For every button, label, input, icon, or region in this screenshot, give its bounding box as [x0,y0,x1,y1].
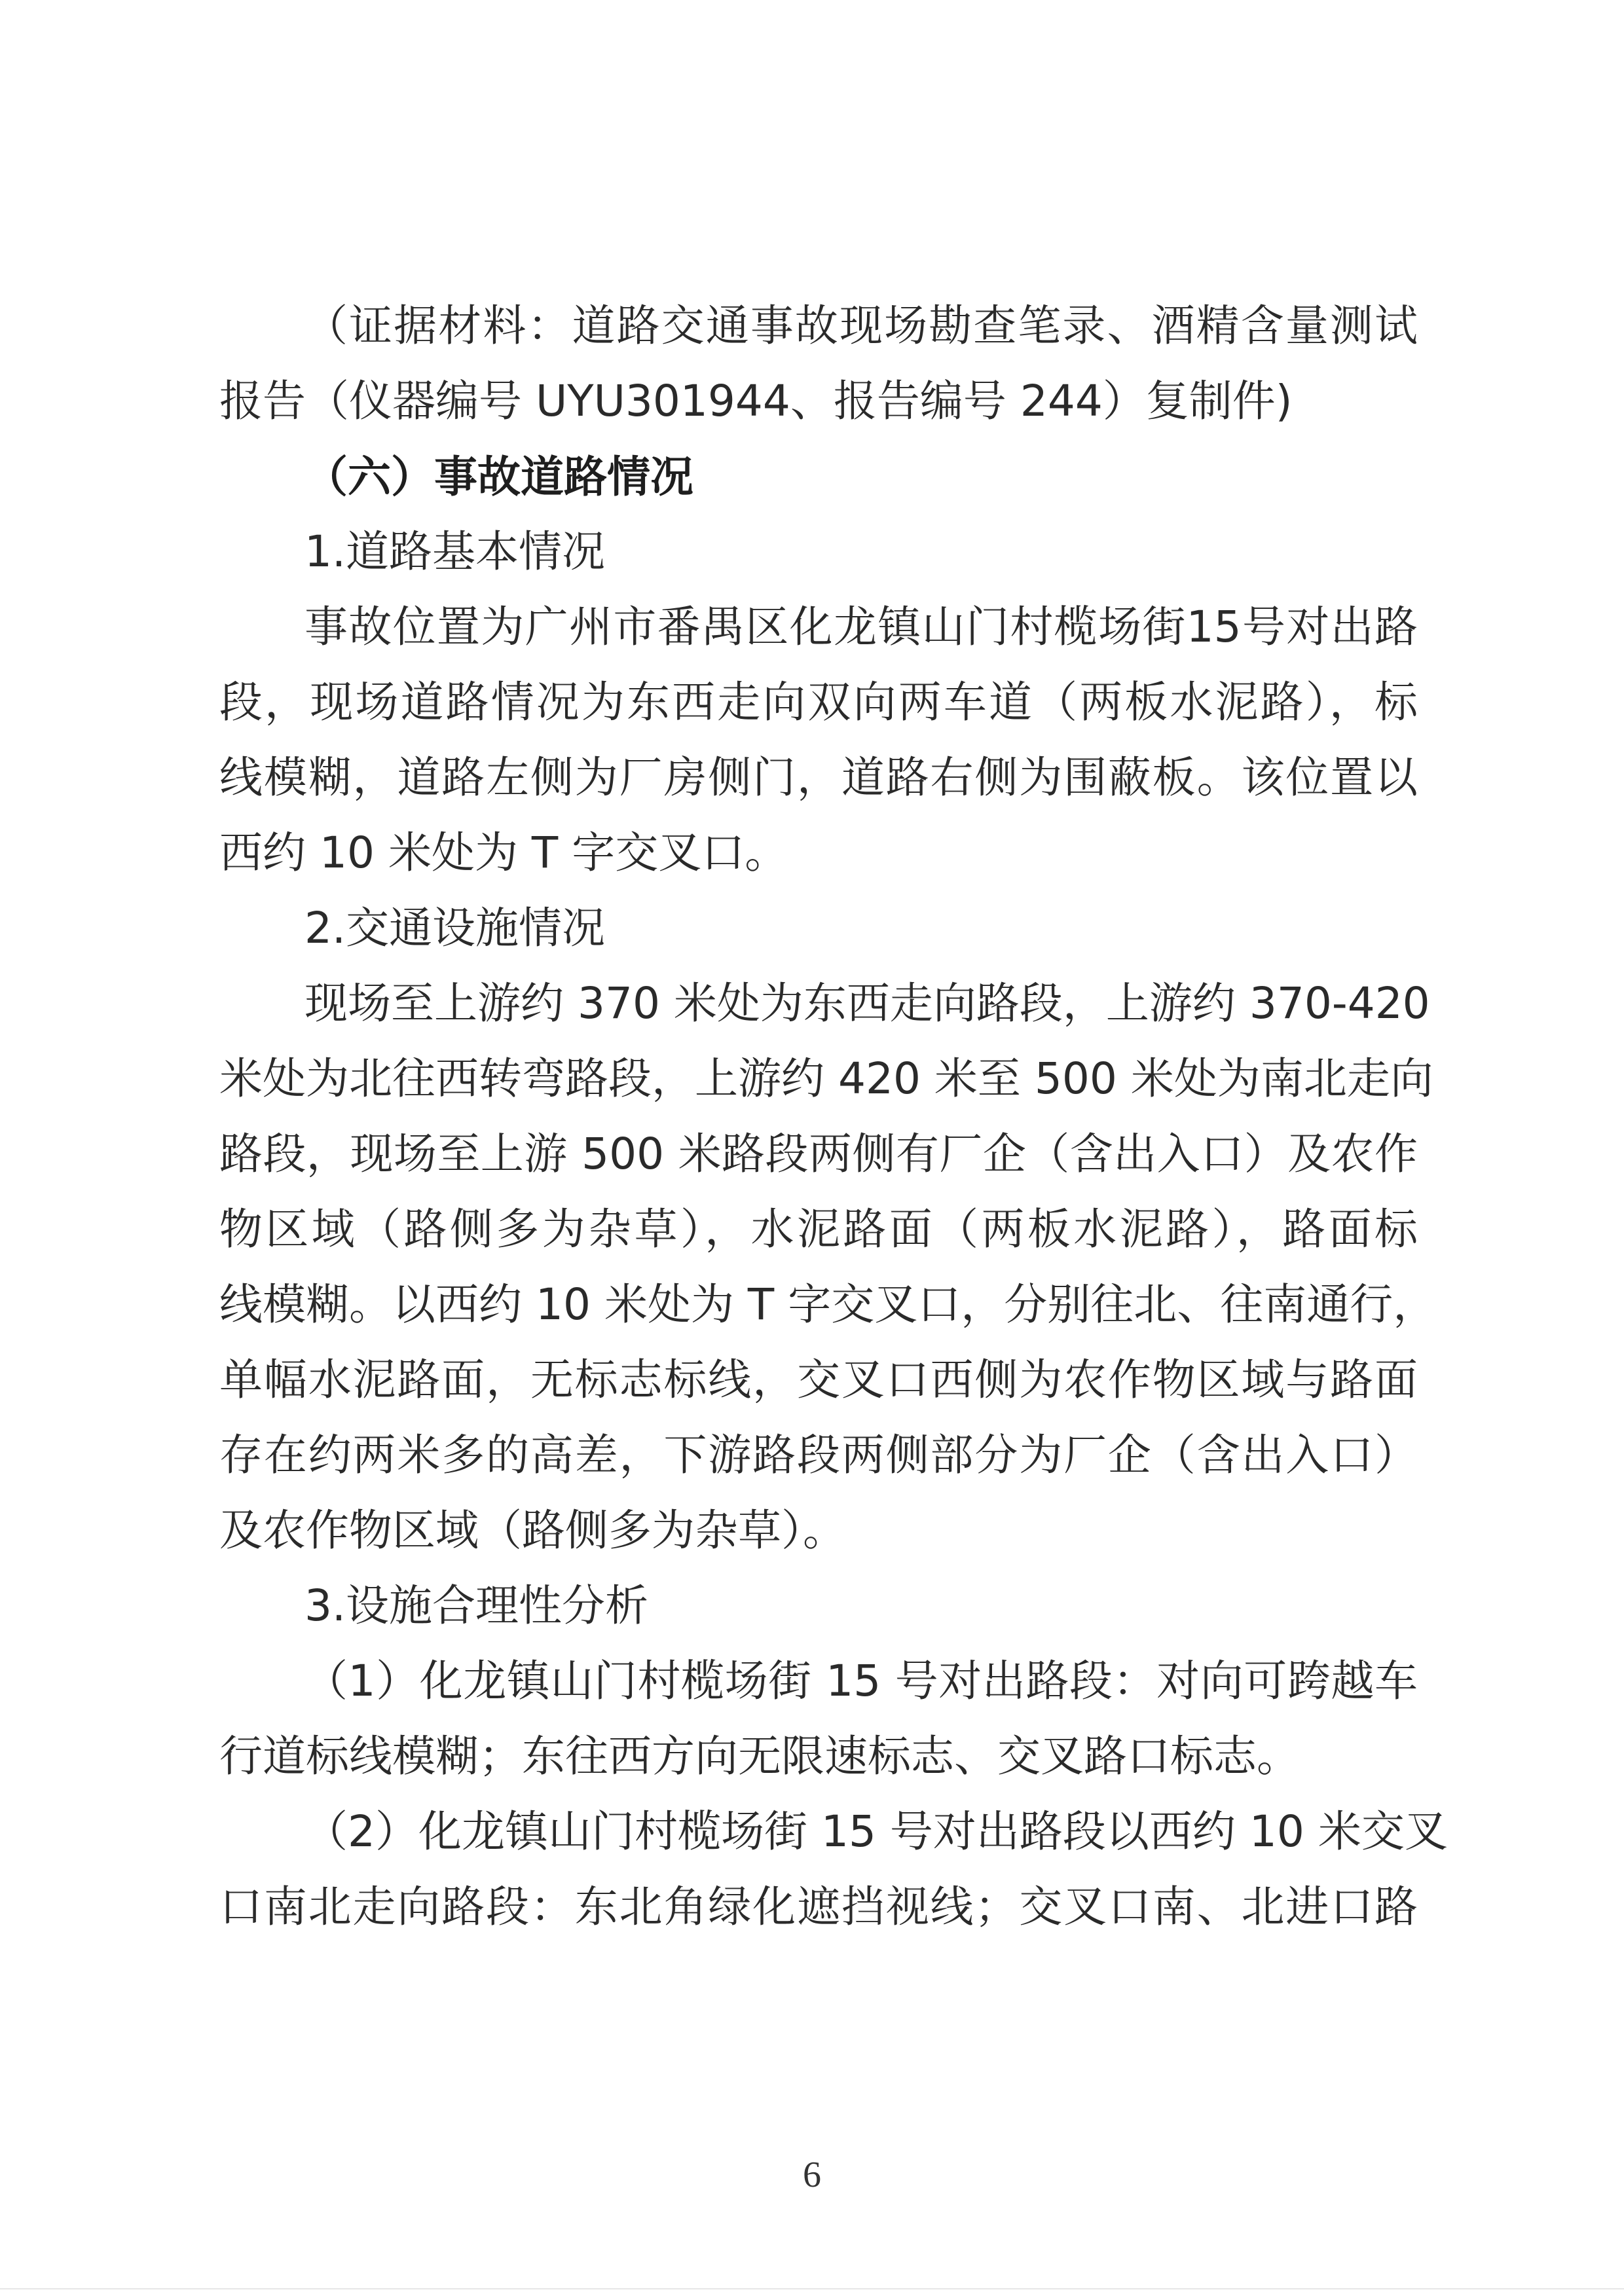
text-line: 及农作物区域（路侧多为杂草）。 [219,1501,1418,1560]
text-line: 单幅水泥路面，无标志标线，交叉口西侧为农作物区域与路面 [219,1351,1418,1410]
text-line: 段，现场道路情况为东西走向双向两车道（两板水泥路），标 [219,673,1418,732]
section-heading: （六）事故道路情况 [304,447,1418,506]
text-line: 线模糊，道路左侧为厂房侧门，道路右侧为围蔽板。该位置以 [219,748,1418,807]
subsection-heading: 1.道路基本情况 [304,522,1418,581]
text-line: 事故位置为广州市番禺区化龙镇山门村榄场街15号对出路 [304,598,1418,657]
text-line: 线模糊。以西约 10 米处为 T 字交叉口，分别往北、往南通行， [219,1275,1418,1334]
text-line: 报告（仪器编号 UYU301944、报告编号 244）复制件) [219,372,1418,431]
text-line: 路段，现场至上游 500 米路段两侧有厂企（含出入口）及农作 [219,1125,1418,1184]
text-line: （2）化龙镇山门村榄场街 15 号对出路段以西约 10 米交叉 [304,1802,1418,1861]
text-line: 物区域（路侧多为杂草），水泥路面（两板水泥路），路面标 [219,1200,1418,1259]
subsection-heading: 3.设施合理性分析 [304,1576,1418,1635]
subsection-heading: 2.交通设施情况 [304,899,1418,958]
text-line: （证据材料：道路交通事故现场勘查笔录、酒精含量测试 [304,297,1418,355]
text-line: （1）化龙镇山门村榄场街 15 号对出路段：对向可跨越车 [304,1652,1418,1711]
text-line: 米处为北往西转弯路段，上游约 420 米至 500 米处为南北走向 [219,1049,1418,1108]
text-line: 行道标线模糊；东往西方向无限速标志、交叉路口标志。 [219,1727,1418,1786]
page-bottom-edge [0,2288,1624,2289]
text-line: 存在约两米多的高差，下游路段两侧部分为厂企（含出入口） [219,1426,1418,1485]
text-line: 现场至上游约 370 米处为东西走向路段，上游约 370-420 [304,974,1418,1033]
page-number: 6 [0,2154,1624,2196]
document-page: （证据材料：道路交通事故现场勘查笔录、酒精含量测试报告（仪器编号 UYU3019… [0,0,1624,2296]
text-line: 西约 10 米处为 T 字交叉口。 [219,824,1418,883]
text-line: 口南北走向路段：东北角绿化遮挡视线；交叉口南、北进口路 [219,1878,1418,1937]
